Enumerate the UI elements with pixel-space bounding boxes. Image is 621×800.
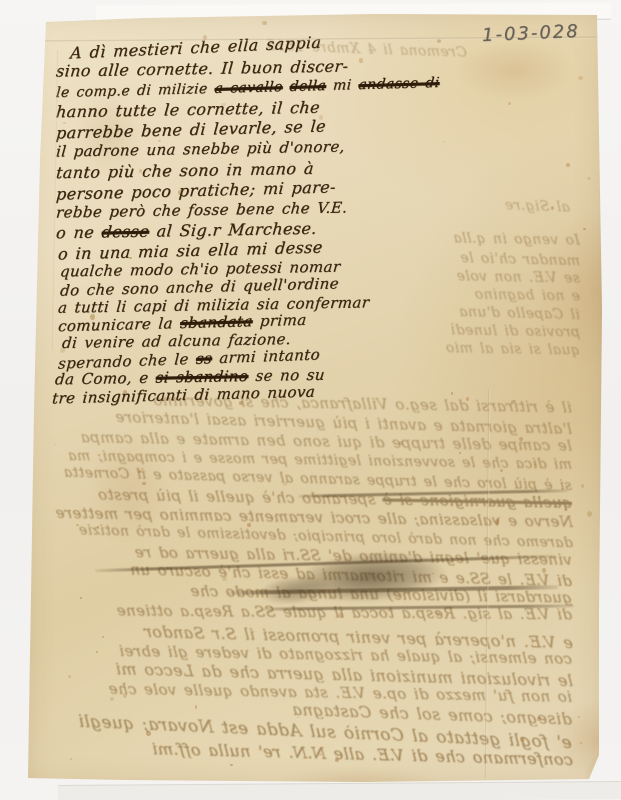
struck-text: desse — [101, 222, 150, 242]
text-fragment: proviso di lunedì — [450, 323, 581, 340]
archival-number: 1-03-028 — [482, 21, 581, 46]
text-fragment: il padrone una snebbe più d'onore, — [55, 137, 345, 160]
manuscript-line: rebbe però che fosse bene che V.E. — [55, 200, 348, 220]
text-fragment: armi intanto — [211, 345, 320, 367]
text-fragment: se V.E. non vole — [456, 269, 581, 286]
foxing-spot — [80, 597, 83, 599]
foxing-spot — [583, 228, 586, 230]
text-fragment: o ne — [55, 222, 102, 242]
foxing-spot — [578, 76, 583, 81]
foxing-spot — [587, 177, 592, 181]
bleedthrough-line: se V.E. non vole — [419, 269, 580, 286]
bleedthrough-line: al Sig.re — [430, 196, 571, 215]
bleedthrough-line: mandar ch'io le — [419, 250, 580, 268]
foxing-spot — [580, 742, 582, 745]
foxing-spot — [451, 392, 453, 395]
text-fragment: da Como, e — [54, 369, 156, 389]
text-fragment: sino alle cornette. Il buon discer- — [55, 56, 349, 80]
foxing-spot — [110, 697, 114, 701]
foxing-spot — [142, 482, 146, 485]
foxing-spot — [459, 452, 461, 454]
struck-text: andasse di — [358, 75, 440, 93]
text-fragment: Io vengo in q.lla — [452, 231, 580, 248]
manuscript-page: Cremona li 4 Xmbre 1615al Sig.reIo vengo… — [24, 10, 604, 788]
bleedthrough-line: qual si sia al mio — [424, 341, 580, 358]
foxing-spot — [566, 163, 571, 167]
bleedthrough-line: Io vengo in q.lla — [414, 231, 580, 248]
text-fragment: mi — [325, 77, 359, 94]
stain-blotch — [454, 40, 574, 100]
struck-text: ss — [195, 349, 212, 368]
bleedthrough-line: proviso di lunedì — [419, 323, 580, 340]
foxing-spot — [262, 21, 267, 26]
struck-text: della — [289, 78, 327, 95]
text-fragment: sperando ch'è quelle il più presto — [97, 486, 383, 508]
text-fragment: prima — [252, 311, 307, 330]
bleedthrough-line: e noi bagnino — [429, 287, 580, 304]
foxing-spot — [359, 58, 363, 62]
bleedthrough-line: il Capello d'una — [424, 304, 580, 322]
manuscript-line: sino alle cornette. Il buon discer- — [55, 58, 349, 79]
foxing-spot — [70, 758, 72, 760]
underlying-sheet-bottom-edge — [58, 781, 621, 800]
foxing-spot — [578, 716, 580, 718]
text-fragment: il Capello d'una — [458, 304, 580, 322]
manuscript-line: il padrone una snebbe più d'onore, — [55, 139, 345, 159]
struck-text: a cavallo — [214, 79, 283, 97]
text-fragment: le comp.e di milizie — [55, 81, 215, 101]
text-fragment: al Sig.re — [504, 197, 570, 214]
foxing-spot — [581, 484, 584, 488]
foxing-spot — [443, 141, 445, 142]
struck-text: sbandata — [179, 312, 253, 332]
text-fragment: qual si sia al mio — [445, 341, 581, 358]
text-fragment: mandar ch'io le — [459, 250, 580, 268]
foxing-spot — [508, 102, 512, 105]
text-fragment: e noi bagnino — [474, 287, 581, 304]
foxing-spot — [587, 511, 592, 517]
manuscript-line: le comp.e di milizie a cavallo della mi … — [56, 76, 441, 100]
foxing-spot — [230, 764, 233, 766]
scanned-document: Cremona li 4 Xmbre 1615al Sig.reIo vengo… — [0, 0, 621, 800]
foxing-spot — [437, 39, 441, 43]
